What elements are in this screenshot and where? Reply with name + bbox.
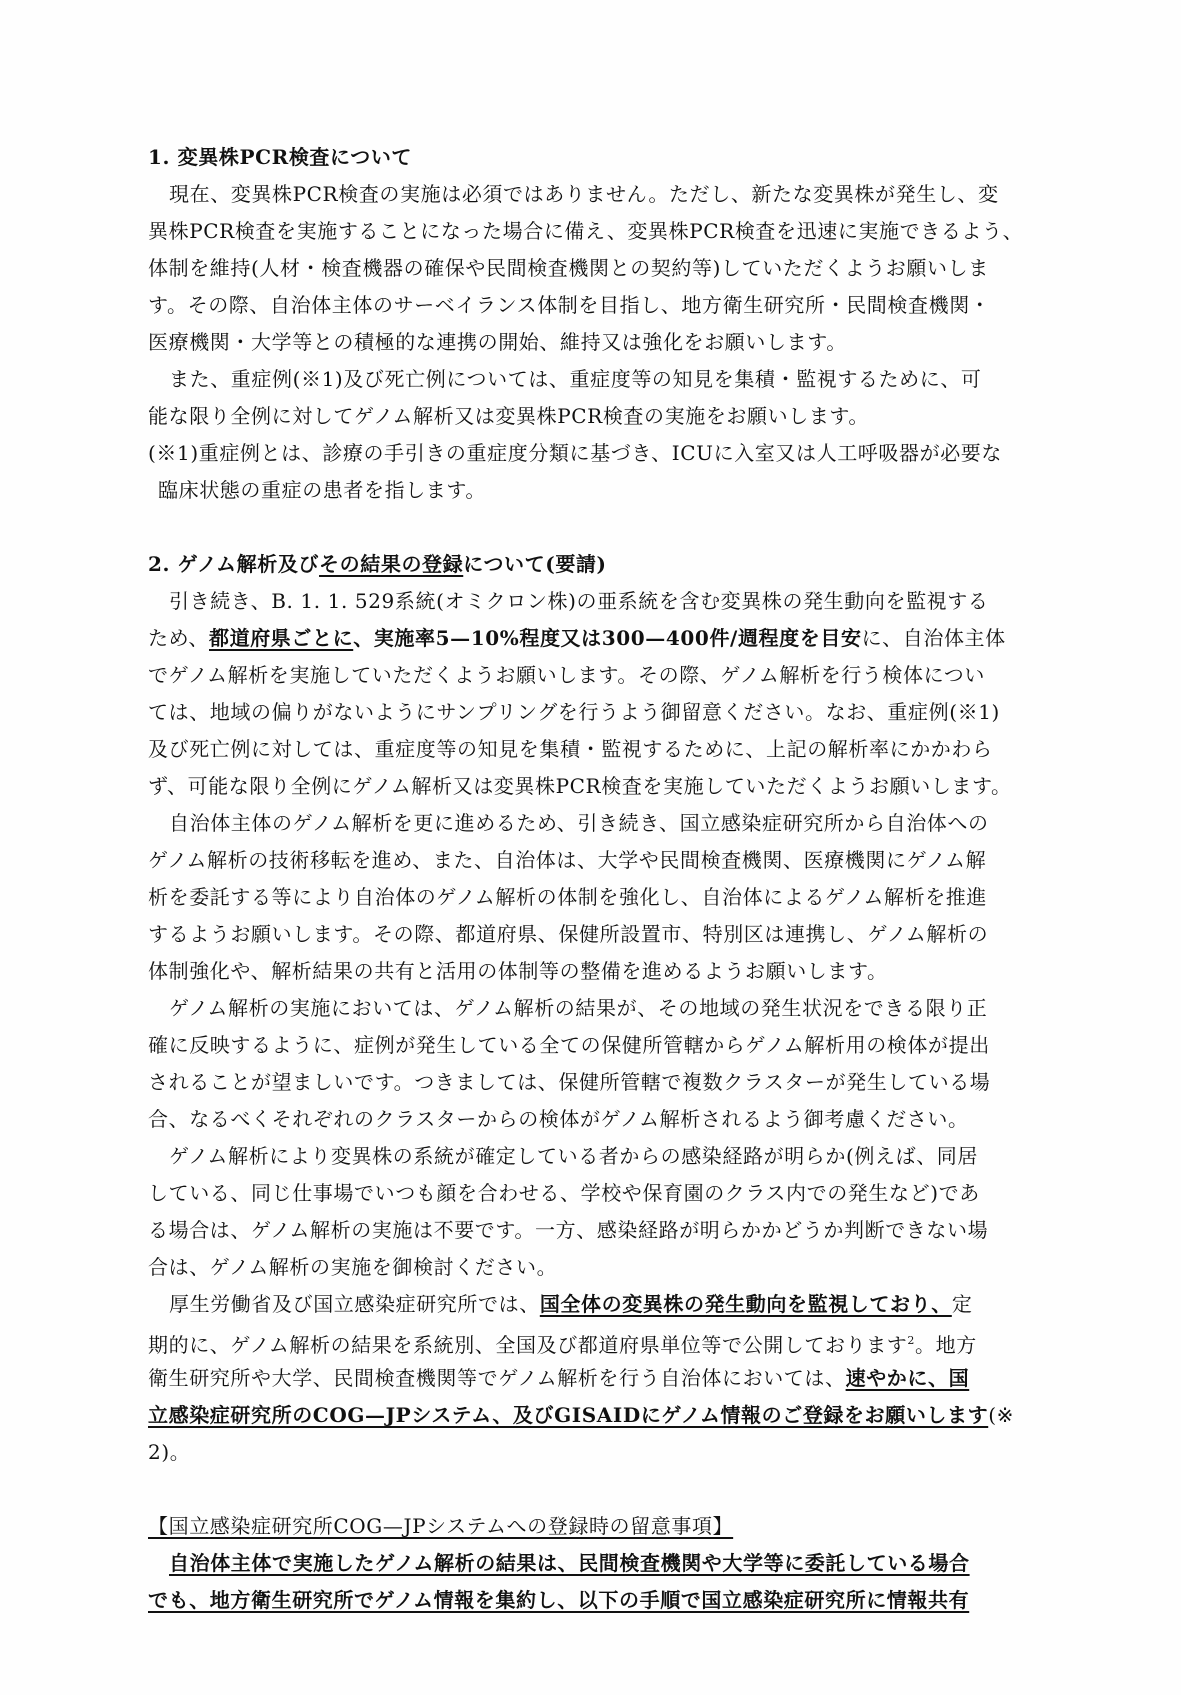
text-segment: 合は、ゲノム解析の実施を御検討ください。 [148, 1255, 557, 1279]
section2-line: ゲノム解析の実施においては、ゲノム解析の結果が、その地域の発生状況をできる限り正 [148, 993, 1033, 1023]
footnote-line: 臨床状態の重症の患者を指します。 [148, 475, 1033, 505]
section2-line: 期的に、ゲノム解析の結果を系統別、全国及び都道府県単位等で公開しております2。地… [148, 1326, 1033, 1356]
text-segment: 能な限り全例に対してゲノム解析又は変異株PCR検査の実施をお願いします。 [148, 404, 869, 428]
text-segment: 厚生労働省及び国立感染症研究所では、 [169, 1292, 540, 1316]
text-segment: ず、可能な限り全例にゲノム解析又は変異株PCR検査を実施していただくようお願いし… [148, 774, 1012, 798]
section2-line: 2)。 [148, 1437, 1033, 1467]
section1-heading-text: 1. 変異株PCR検査について [148, 145, 412, 169]
section2-line: するようお願いします。その際、都道府県、保健所設置市、特別区は連携し、ゲノム解析… [148, 919, 1033, 949]
text-segment: 自治体主体で実施したゲノム解析の結果は、民間検査機関や大学等に委託している場合 [169, 1551, 970, 1575]
text-segment: 都道府県ごとに [209, 626, 353, 650]
text-segment: (※ [988, 1403, 1014, 1427]
text-segment: 期的に、ゲノム解析の結果を系統別、全国及び都道府県単位等で公開しております [148, 1333, 907, 1357]
text-segment: 衛生研究所や大学、民間検査機関等でゲノム解析を行う自治体においては、 [148, 1366, 846, 1390]
section1-line: 医療機関・大学等との積極的な連携の開始、維持又は強化をお願いします。 [148, 327, 1033, 357]
section1-line: 現在、変異株PCR検査の実施は必須ではありません。ただし、新たな変異株が発生し、… [148, 179, 1033, 209]
text-segment: ゲノム解析の技術移転を進め、また、自治体は、大学や民間検査機関、医療機関にゲノム… [148, 848, 986, 872]
text-segment: 医療機関・大学等との積極的な連携の開始、維持又は強化をお願いします。 [148, 330, 847, 354]
text-segment: その結果の登録 [319, 552, 463, 576]
section2-line: 及び死亡例に対しては、重症度等の知見を集積・監視するために、上記の解析率にかかわ… [148, 734, 1033, 764]
section2-line: ゲノム解析の技術移転を進め、また、自治体は、大学や民間検査機関、医療機関にゲノム… [148, 845, 1033, 875]
text-segment: ては、地域の偏りがないようにサンプリングを行うよう御留意ください。なお、重症例(… [148, 700, 1000, 724]
text-segment: でゲノム解析を実施していただくようお願いします。その際、ゲノム解析を行う検体につ… [148, 663, 985, 687]
text-segment: に、自治体主体 [862, 626, 1006, 650]
notice-heading-text: 【国立感染症研究所COG—JPシステムへの登録時の留意事項】 [148, 1514, 733, 1538]
text-segment: 体制を維持(人材・検査機器の確保や民間検査機関との契約等)していただくようお願い… [148, 256, 989, 280]
text-segment: 、実施率5—10%程度又は300—400件/週程度を目安 [353, 626, 861, 650]
section2-line: 確に反映するように、症例が発生している全ての保健所管轄からゲノム解析用の検体が提… [148, 1030, 1033, 1060]
section2-line: ため、都道府県ごとに、実施率5—10%程度又は300—400件/週程度を目安に、… [148, 623, 1033, 653]
text-segment: 2 [907, 1334, 915, 1347]
section2-line: る場合は、ゲノム解析の実施は不要です。一方、感染経路が明らかかどうか判断できない… [148, 1215, 1033, 1245]
text-segment: 析を委託する等により自治体のゲノム解析の体制を強化し、自治体によるゲノム解析を推… [148, 885, 987, 909]
text-segment: る場合は、ゲノム解析の実施は不要です。一方、感染経路が明らかかどうか判断できない… [148, 1218, 988, 1242]
section2-line: ず、可能な限り全例にゲノム解析又は変異株PCR検査を実施していただくようお願いし… [148, 771, 1033, 801]
section2-line: 合は、ゲノム解析の実施を御検討ください。 [148, 1252, 1033, 1282]
section2-line: されることが望ましいです。つきましては、保健所管轄で複数クラスターが発生している… [148, 1067, 1033, 1097]
text-segment: また、重症例(※1)及び死亡例については、重症度等の知見を集積・監視するために、… [169, 367, 982, 391]
section1-line: 能な限り全例に対してゲノム解析又は変異株PCR検査の実施をお願いします。 [148, 401, 1033, 431]
text-segment: 自治体主体のゲノム解析を更に進めるため、引き続き、国立感染症研究所から自治体への [169, 811, 989, 835]
text-segment: 現在、変異株PCR検査の実施は必須ではありません。ただし、新たな変異株が発生し、… [169, 182, 999, 206]
section2-heading: 2. ゲノム解析及びその結果の登録について(要請) [148, 549, 1033, 579]
text-segment: 国全体の変異株の発生動向を監視しており、 [540, 1292, 952, 1316]
text-segment: 異株PCR検査を実施することになった場合に備え、変異株PCR検査を迅速に実施でき… [148, 219, 1023, 243]
text-segment: されることが望ましいです。つきましては、保健所管轄で複数クラスターが発生している… [148, 1070, 990, 1094]
notice-heading: 【国立感染症研究所COG—JPシステムへの登録時の留意事項】 [148, 1511, 1033, 1541]
text-segment: ため、 [148, 626, 209, 650]
section2-line: 衛生研究所や大学、民間検査機関等でゲノム解析を行う自治体においては、速やかに、国 [148, 1363, 1033, 1393]
text-segment: 体制強化や、解析結果の共有と活用の体制等の整備を進めるようお願いします。 [148, 959, 888, 983]
text-segment: す。その際、自治体主体のサーベイランス体制を目指し、地方衛生研究所・民間検査機関… [148, 293, 990, 317]
section1-line: 異株PCR検査を実施することになった場合に備え、変異株PCR検査を迅速に実施でき… [148, 216, 1033, 246]
section1-line: す。その際、自治体主体のサーベイランス体制を目指し、地方衛生研究所・民間検査機関… [148, 290, 1033, 320]
section1-heading: 1. 変異株PCR検査について [148, 142, 1033, 172]
section2-line: している、同じ仕事場でいつも顔を合わせる、学校や保育園のクラス内での発生など)で… [148, 1178, 1033, 1208]
text-segment: 確に反映するように、症例が発生している全ての保健所管轄からゲノム解析用の検体が提… [148, 1033, 990, 1057]
text-segment: 合、なるべくそれぞれのクラスターからの検体がゲノム解析されるよう御考慮ください。 [148, 1107, 969, 1131]
section2-line: 厚生労働省及び国立感染症研究所では、国全体の変異株の発生動向を監視しており、定 [148, 1289, 1033, 1319]
text-segment: するようお願いします。その際、都道府県、保健所設置市、特別区は連携し、ゲノム解析… [148, 922, 988, 946]
text-segment: 定 [952, 1292, 973, 1316]
section2-line: 引き続き、B. 1. 1. 529系統(オミクロン株)の亜系統を含む変異株の発生… [148, 586, 1033, 616]
section1-line: また、重症例(※1)及び死亡例については、重症度等の知見を集積・監視するために、… [148, 364, 1033, 394]
text-segment: している、同じ仕事場でいつも顔を合わせる、学校や保育園のクラス内での発生など)で… [148, 1181, 980, 1205]
text-segment: 2. ゲノム解析及び [148, 552, 319, 576]
text-segment: ゲノム解析の実施においては、ゲノム解析の結果が、その地域の発生状況をできる限り正 [169, 996, 987, 1020]
section2-line: でゲノム解析を実施していただくようお願いします。その際、ゲノム解析を行う検体につ… [148, 660, 1033, 690]
text-segment: ゲノム解析により変異株の系統が確定している者からの感染経路が明らか(例えば、同居 [169, 1144, 978, 1168]
section2-line: ては、地域の偏りがないようにサンプリングを行うよう御留意ください。なお、重症例(… [148, 697, 1033, 727]
text-segment: 及び死亡例に対しては、重症度等の知見を集積・監視するために、上記の解析率にかかわ… [148, 737, 993, 761]
text-segment: でも、地方衛生研究所でゲノム情報を集約し、以下の手順で国立感染症研究所に情報共有 [148, 1588, 969, 1612]
text-segment: 立感染症研究所のCOG—JPシステム、及びGISAIDにゲノム情報のご登録をお願… [148, 1403, 988, 1427]
footnote-line: (※1)重症例とは、診療の手引きの重症度分類に基づき、ICUに入室又は人工呼吸器… [148, 438, 1033, 468]
section2-line: 立感染症研究所のCOG—JPシステム、及びGISAIDにゲノム情報のご登録をお願… [148, 1400, 1033, 1430]
text-segment: 速やかに、国 [846, 1366, 970, 1390]
text-segment: 。地方 [915, 1333, 977, 1357]
section2-line: 析を委託する等により自治体のゲノム解析の体制を強化し、自治体によるゲノム解析を推… [148, 882, 1033, 912]
section2-line: 合、なるべくそれぞれのクラスターからの検体がゲノム解析されるよう御考慮ください。 [148, 1104, 1033, 1134]
text-segment: について(要請) [463, 552, 606, 576]
section2-line: 自治体主体のゲノム解析を更に進めるため、引き続き、国立感染症研究所から自治体への [148, 808, 1033, 838]
notice-line: 自治体主体で実施したゲノム解析の結果は、民間検査機関や大学等に委託している場合 [148, 1548, 1033, 1578]
section2-line: ゲノム解析により変異株の系統が確定している者からの感染経路が明らか(例えば、同居 [148, 1141, 1033, 1171]
notice-line: でも、地方衛生研究所でゲノム情報を集約し、以下の手順で国立感染症研究所に情報共有 [148, 1585, 1033, 1615]
text-segment: (※1)重症例とは、診療の手引きの重症度分類に基づき、ICUに入室又は人工呼吸器… [148, 441, 1002, 465]
text-segment: 2)。 [148, 1440, 190, 1464]
text-segment: 引き続き、B. 1. 1. 529系統(オミクロン株)の亜系統を含む変異株の発生… [169, 589, 988, 613]
document-page: 1. 変異株PCR検査について 現在、変異株PCR検査の実施は必須ではありません… [0, 0, 1181, 1695]
section2-line: 体制強化や、解析結果の共有と活用の体制等の整備を進めるようお願いします。 [148, 956, 1033, 986]
text-segment: 臨床状態の重症の患者を指します。 [158, 478, 486, 502]
section1-line: 体制を維持(人材・検査機器の確保や民間検査機関との契約等)していただくようお願い… [148, 253, 1033, 283]
